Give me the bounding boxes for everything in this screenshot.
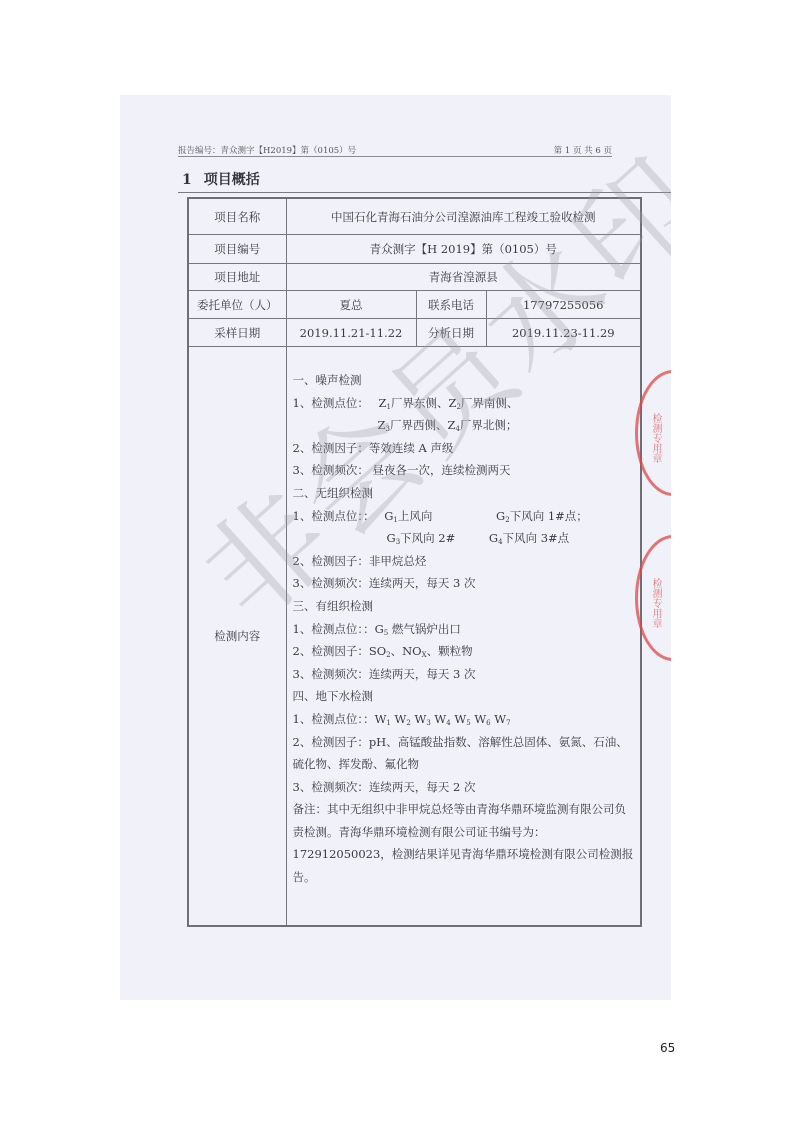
client-label: 委托单位（人）	[188, 291, 286, 319]
noise-factor: 2、检测因子：等效连续 A 声级	[293, 437, 637, 460]
noise-frequency: 3、检测频次： 昼夜各一次，连续检测两天	[293, 459, 637, 482]
project-overview-table: 项目名称 中国石化青海石油分公司湟源油库工程竣工验收检测 项目编号 青众测字【H…	[187, 197, 642, 927]
phone-label: 联系电话	[416, 291, 486, 319]
analysis-date-label: 分析日期	[416, 319, 486, 347]
report-number: 报告编号：青众测字【H2019】第（0105）号	[178, 144, 356, 156]
report-header: 报告编号：青众测字【H2019】第（0105）号 第 1 页 共 6 页	[178, 142, 612, 157]
groundwater-factor: 2、检测因子：pH、高锰酸盐指数、溶解性总固体、氨氮、石油、硫化物、挥发酚、氟化…	[293, 731, 637, 776]
phone-value: 17797255056	[486, 291, 641, 319]
table-row: 采样日期 2019.11.21-11.22 分析日期 2019.11.23-11…	[188, 319, 641, 347]
sampling-date-label: 采样日期	[188, 319, 286, 347]
address-value: 青海省湟源县	[286, 264, 641, 291]
page-info: 第 1 页 共 6 页	[554, 144, 612, 156]
table-row: 委托单位（人） 夏总 联系电话 17797255056	[188, 291, 641, 319]
table-row: 项目编号 青众测字【H 2019】第（0105）号	[188, 235, 641, 264]
analysis-date-value: 2019.11.23-11.29	[486, 319, 641, 347]
project-no-value: 青众测字【H 2019】第（0105）号	[286, 235, 641, 264]
table-row: 项目地址 青海省湟源县	[188, 264, 641, 291]
noise-points-cont: Z3厂界西侧、Z4厂界北侧；	[293, 414, 637, 437]
detection-content: 一、噪声检测 1、检测点位： Z1厂界东侧、Z2厂界南侧、 Z3厂界西侧、Z4厂…	[286, 347, 641, 927]
divider	[178, 192, 671, 193]
organized-points: 1、检测点位：：G5 燃气锅炉出口	[293, 618, 637, 641]
groundwater-frequency: 3、检测频次：连续两天，每天 2 次	[293, 776, 637, 799]
groundwater-points: 1、检测点位：：W1 W2 W3 W4 W5 W6 W7	[293, 708, 637, 731]
section-title: 1项目概括	[182, 169, 260, 189]
unorganized-heading: 二、无组织检测	[293, 482, 637, 505]
organized-heading: 三、有组织检测	[293, 595, 637, 618]
project-name-label: 项目名称	[188, 198, 286, 235]
table-row: 检测内容 一、噪声检测 1、检测点位： Z1厂界东侧、Z2厂界南侧、 Z3厂界西…	[188, 347, 641, 927]
sampling-date-value: 2019.11.21-11.22	[286, 319, 416, 347]
scanned-page: 报告编号：青众测字【H2019】第（0105）号 第 1 页 共 6 页 1项目…	[120, 95, 671, 1000]
noise-points: 1、检测点位： Z1厂界东侧、Z2厂界南侧、	[293, 392, 637, 415]
unorganized-points: 1、检测点位：： G1上风向 G2下风向 1#点；	[293, 505, 637, 528]
page-number: 65	[660, 1041, 675, 1055]
groundwater-heading: 四、地下水检测	[293, 685, 637, 708]
unorganized-frequency: 3、检测频次：连续两天，每天 3 次	[293, 572, 637, 595]
client-value: 夏总	[286, 291, 416, 319]
address-label: 项目地址	[188, 264, 286, 291]
unorganized-points-cont: G3下风向 2# G4下风向 3#点	[293, 527, 637, 550]
project-name-value: 中国石化青海石油分公司湟源油库工程竣工验收检测	[286, 198, 641, 235]
section-number: 1	[182, 172, 192, 188]
organized-factor: 2、检测因子：SO2、NOX、颗粒物	[293, 640, 637, 663]
organized-frequency: 3、检测频次：连续两天，每天 3 次	[293, 663, 637, 686]
project-no-label: 项目编号	[188, 235, 286, 264]
unorganized-factor: 2、检测因子：非甲烷总烃	[293, 550, 637, 573]
section-title-text: 项目概括	[204, 172, 260, 188]
content-label: 检测内容	[188, 347, 286, 927]
remark-note: 备注：其中无组织中非甲烷总烃等由青海华鼎环境监测有限公司负责检测。青海华鼎环境检…	[293, 798, 637, 888]
noise-heading: 一、噪声检测	[293, 369, 637, 392]
table-row: 项目名称 中国石化青海石油分公司湟源油库工程竣工验收检测	[188, 198, 641, 235]
